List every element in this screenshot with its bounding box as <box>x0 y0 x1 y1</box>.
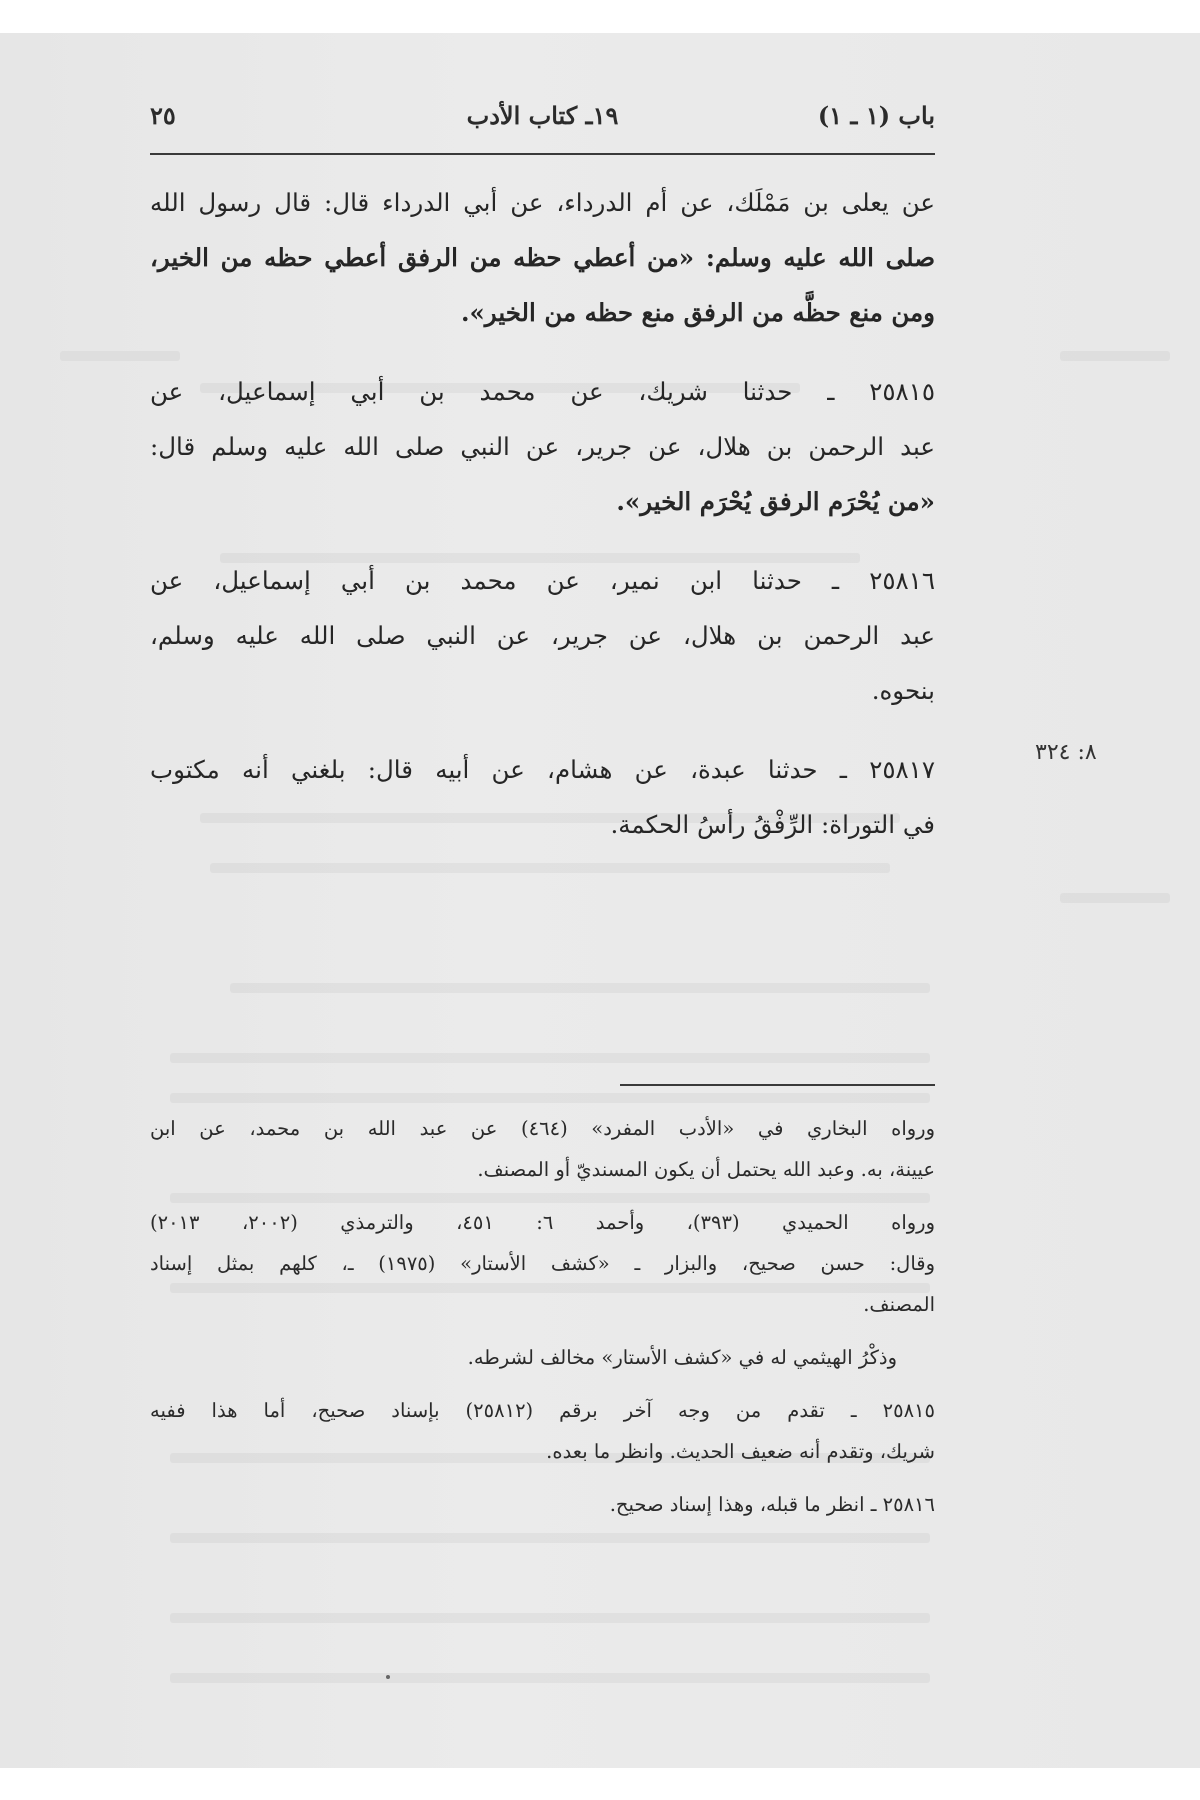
text-line: ٢٥٨١٧ ـ حدثنا عبدة، عن هشام، عن أبيه قال… <box>150 742 935 797</box>
text-line: عن يعلى بن مَمْلَك، عن أم الدرداء، عن أب… <box>150 175 935 230</box>
footnote-separator <box>620 1084 935 1086</box>
header-rule <box>150 153 935 155</box>
footnote: ورواه البخاري في «الأدب المفرد» (٤٦٤) عن… <box>150 1108 935 1190</box>
text-line: صلى الله عليه وسلم: «من أعطي حظه من الرف… <box>150 230 935 285</box>
text-line: ٢٥٨١٥ ـ حدثنا شريك، عن محمد بن أبي إسماع… <box>150 364 935 419</box>
hadith-paragraph: عن يعلى بن مَمْلَك، عن أم الدرداء، عن أب… <box>150 175 935 340</box>
hadith-paragraph-25815: ٢٥٨١٥ ـ حدثنا شريك، عن محمد بن أبي إسماع… <box>150 364 935 529</box>
page-number: ٢٥ <box>150 101 176 130</box>
hadith-paragraph-25817: ٢٥٨١٧ ـ حدثنا عبدة، عن هشام، عن أبيه قال… <box>150 742 935 852</box>
footnote-line: عيينة، به. وعبد الله يحتمل أن يكون المسن… <box>150 1149 935 1190</box>
footnote-line: وقال: حسن صحيح، والبزار ـ «كشف الأستار» … <box>150 1243 935 1284</box>
footnote-line: شريك، وتقدم أنه ضعيف الحديث. وانظر ما بع… <box>150 1431 935 1472</box>
text-line: عبد الرحمن بن هلال، عن جرير، عن النبي صل… <box>150 608 935 663</box>
footnote-25815: ٢٥٨١٥ ـ تقدم من وجه آخر برقم (٢٥٨١٢) بإس… <box>150 1390 935 1472</box>
text-line: بنحوه. <box>150 663 935 718</box>
hadith-paragraph-25816: ٢٥٨١٦ ـ حدثنا ابن نمير، عن محمد بن أبي إ… <box>150 553 935 718</box>
margin-reference: ٨: ٣٢٤ <box>1035 740 1097 765</box>
text-line: عبد الرحمن بن هلال، عن جرير، عن النبي صل… <box>150 419 935 474</box>
text-line: ٢٥٨١٦ ـ حدثنا ابن نمير، عن محمد بن أبي إ… <box>150 553 935 608</box>
text-line: في التوراة: الرِّفْقُ رأسُ الحكمة. <box>150 797 935 852</box>
text-line: ومن منع حظَّه من الرفق منع حظه من الخير»… <box>150 285 935 340</box>
main-text: عن يعلى بن مَمْلَك، عن أم الدرداء، عن أب… <box>150 175 935 876</box>
speck-mark <box>386 1675 390 1679</box>
footnote-line: ٢٥٨١٦ ـ انظر ما قبله، وهذا إسناد صحيح. <box>150 1484 935 1525</box>
chapter-title: ١٩ـ كتاب الأدب <box>150 101 935 130</box>
footnote-line: وذكْرُ الهيثمي له في «كشف الأستار» مخالف… <box>150 1337 897 1378</box>
footnote-25816: ٢٥٨١٦ ـ انظر ما قبله، وهذا إسناد صحيح. <box>150 1484 935 1525</box>
text-line: «من يُحْرَم الرفق يُحْرَم الخير». <box>150 474 935 529</box>
footnote: وذكْرُ الهيثمي له في «كشف الأستار» مخالف… <box>150 1337 935 1378</box>
footnote: ورواه الحميدي (٣٩٣)، وأحمد ٦: ٤٥١، والتر… <box>150 1202 935 1325</box>
footnote-line: ورواه البخاري في «الأدب المفرد» (٤٦٤) عن… <box>150 1108 935 1149</box>
footnote-line: ورواه الحميدي (٣٩٣)، وأحمد ٦: ٤٥١، والتر… <box>150 1202 935 1243</box>
footnote-line: ٢٥٨١٥ ـ تقدم من وجه آخر برقم (٢٥٨١٢) بإس… <box>150 1390 935 1431</box>
footnotes: ورواه البخاري في «الأدب المفرد» (٤٦٤) عن… <box>150 1108 935 1537</box>
footnote-line: المصنف. <box>150 1284 935 1325</box>
page-header: باب (١ ـ ١) ١٩ـ كتاب الأدب ٢٥ <box>150 88 935 134</box>
